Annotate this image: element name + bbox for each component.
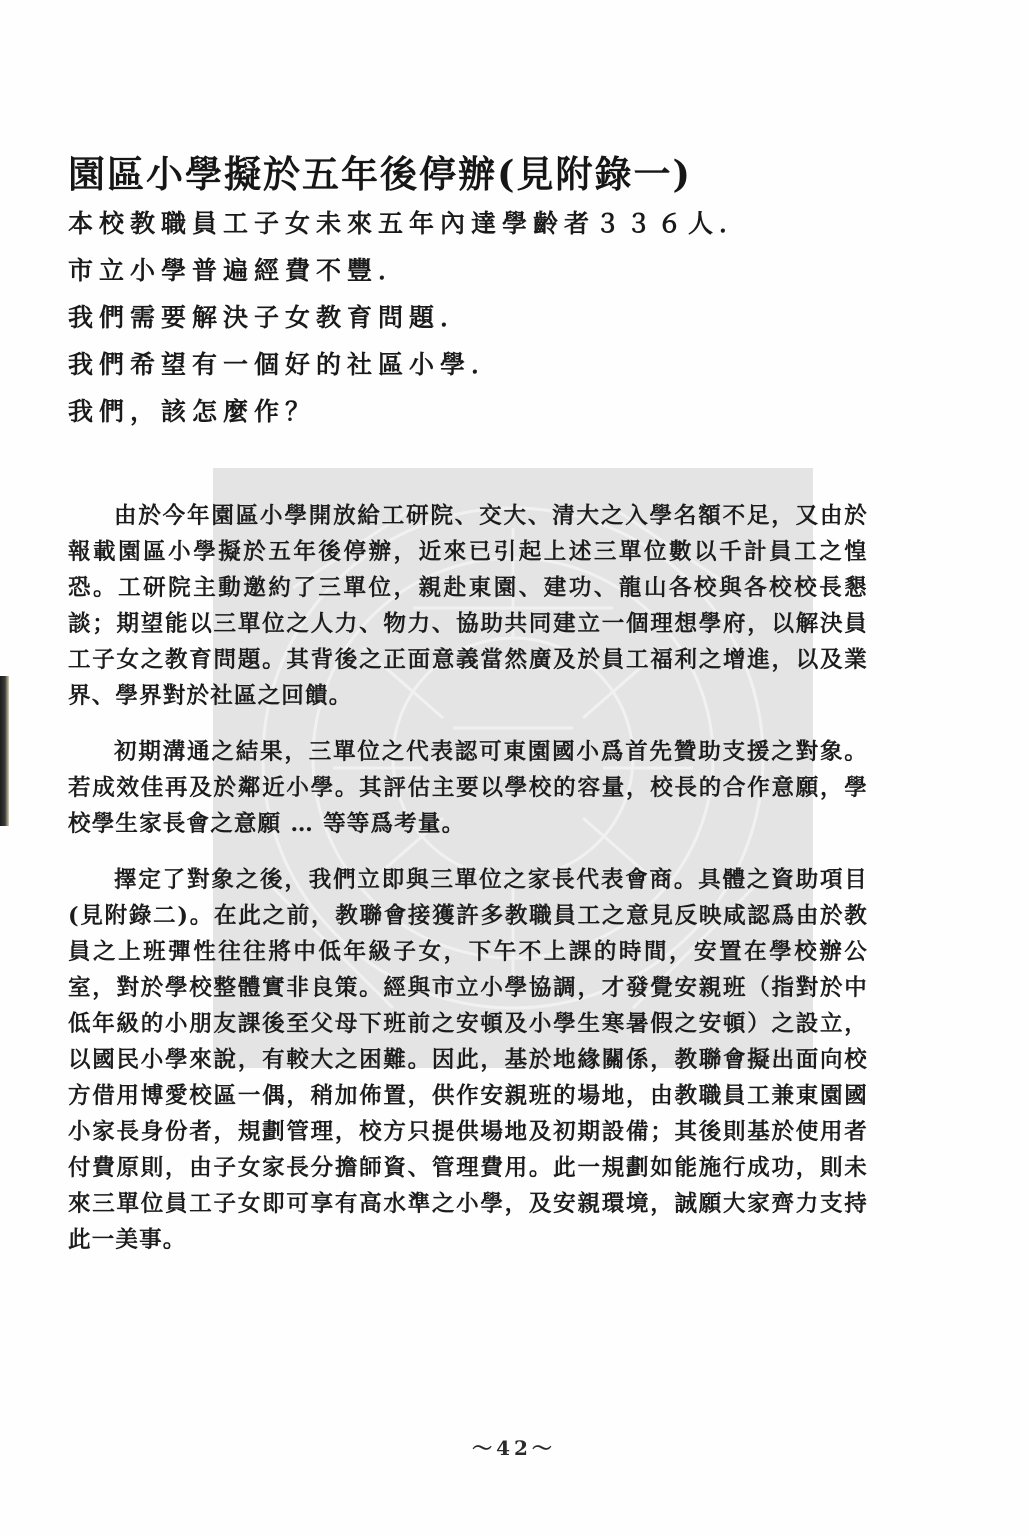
page-title: 園區小學擬於五年後停辦(見附錄一): [68, 150, 968, 198]
paragraph-after-school-plan: 擇定了對象之後，我們立即與三單位之家長代表會商。具體之資助項目(見附錄二)。在此…: [68, 862, 868, 1258]
lead-lines: 本校教職員工子女未來五年內達學齡者３３６人． 市立小學普遍經費不豐． 我們需要解…: [68, 200, 968, 435]
paragraph-initial-outcome: 初期溝通之結果，三單位之代表認可東園國小爲首先贊助支援之對象。若成效佳再及於鄰近…: [68, 734, 868, 842]
paragraph-background: 由於今年園區小學開放給工研院、交大、清大之入學名額不足，又由於報載園區小學擬於五…: [68, 498, 868, 714]
page-number: ～42～: [0, 1432, 1028, 1461]
lead-line: 我們，該怎麼作？: [68, 388, 968, 435]
lead-line: 本校教職員工子女未來五年內達學齡者３３６人．: [68, 200, 968, 247]
binding-edge-shadow: [0, 676, 9, 826]
heading-block: 園區小學擬於五年後停辦(見附錄一) 本校教職員工子女未來五年內達學齡者３３６人．…: [68, 150, 968, 435]
body-text: 由於今年園區小學開放給工研院、交大、清大之入學名額不足，又由於報載園區小學擬於五…: [68, 498, 868, 1278]
lead-line: 我們希望有一個好的社區小學．: [68, 341, 968, 388]
lead-line: 我們需要解決子女教育問題．: [68, 294, 968, 341]
lead-line: 市立小學普遍經費不豐．: [68, 247, 968, 294]
scanned-page: 園區小學擬於五年後停辦(見附錄一) 本校教職員工子女未來五年內達學齡者３３６人．…: [0, 0, 1028, 1536]
